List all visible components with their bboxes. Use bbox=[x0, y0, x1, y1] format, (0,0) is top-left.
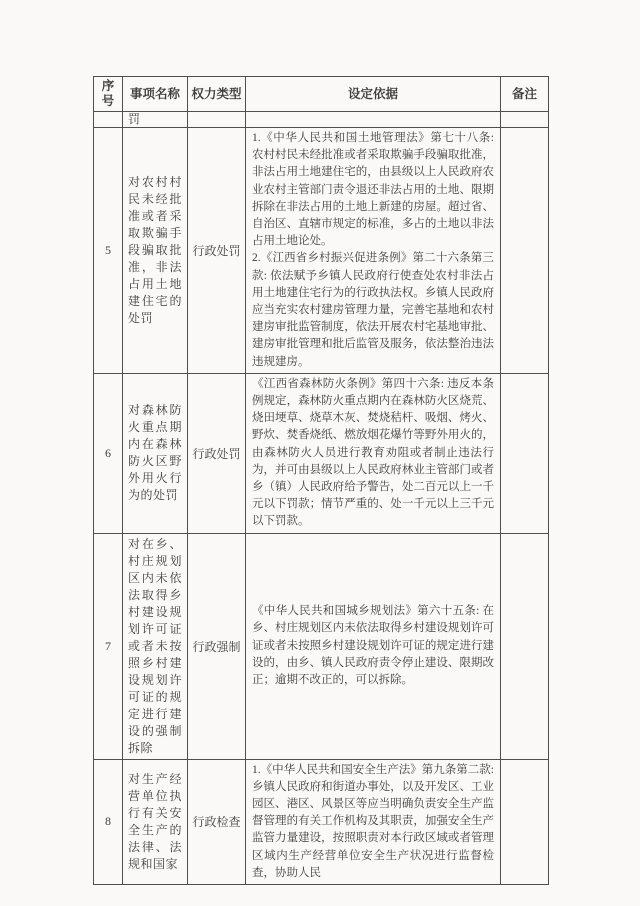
col-header-seq: 序号 bbox=[94, 77, 123, 112]
power-type-cell bbox=[188, 112, 246, 128]
seq-cell: 7 bbox=[94, 533, 123, 759]
remark-cell bbox=[501, 533, 549, 759]
legal-basis-paragraph: 1.《中华人民共和国安全生产法》第九条第二款: 乡镇人民政府和街道办事处，以及开… bbox=[252, 762, 494, 882]
item-name-cell: 对森林防火重点期内在森林防火区野外用火行为的处罚 bbox=[123, 373, 188, 533]
legal-basis-cell: 《中华人民共和国城乡规划法》第六十五条: 在乡、村庄规划区内未依法取得乡村建设规… bbox=[246, 533, 501, 759]
legal-basis-paragraph: 《中华人民共和国城乡规划法》第六十五条: 在乡、村庄规划区内未依法取得乡村建设规… bbox=[252, 603, 494, 689]
item-name-cell: 对在乡、村庄规划区内未依法取得乡村建设规划许可证或者未按照乡村建设规划许可证的规… bbox=[123, 533, 188, 759]
seq-cell: 8 bbox=[94, 759, 123, 884]
seq-cell bbox=[94, 112, 123, 128]
legal-basis-paragraph: 1.《中华人民共和国土地管理法》第七十八条: 农村村民未经批准或者采取欺骗手段骗… bbox=[252, 130, 494, 250]
power-type-cell: 行政处罚 bbox=[188, 373, 246, 533]
legal-basis-paragraph: 《江西省森林防火条例》第四十六条: 违反本条例规定，森林防火重点期内在森林防火区… bbox=[252, 376, 494, 531]
power-type-cell: 行政处罚 bbox=[188, 128, 246, 374]
table-row-8: 8 对生产经营单位执行有关安全生产的法律、法规和国家 行政检查 1.《中华人民共… bbox=[94, 759, 549, 884]
legal-basis-paragraph: 2.《江西省乡村振兴促进条例》第二十六条第三款: 依法赋予乡镇人民政府行使查处农… bbox=[252, 250, 494, 370]
legal-basis-cell: 1.《中华人民共和国土地管理法》第七十八条: 农村村民未经批准或者采取欺骗手段骗… bbox=[246, 128, 501, 374]
legal-basis-cell: 《江西省森林防火条例》第四十六条: 违反本条例规定，森林防火重点期内在森林防火区… bbox=[246, 373, 501, 533]
table-row-6: 6 对森林防火重点期内在森林防火区野外用火行为的处罚 行政处罚 《江西省森林防火… bbox=[94, 373, 549, 533]
remark-cell bbox=[501, 759, 549, 884]
seq-cell: 5 bbox=[94, 128, 123, 374]
item-name-cell: 罚 bbox=[123, 112, 188, 128]
item-name-cell: 对生产经营单位执行有关安全生产的法律、法规和国家 bbox=[123, 759, 188, 884]
authority-items-table: 序号 事项名称 权力类型 设定依据 备注 罚 5 对农村村民未经批准或者采取欺骗… bbox=[93, 76, 549, 885]
legal-basis-cell: 1.《中华人民共和国安全生产法》第九条第二款: 乡镇人民政府和街道办事处，以及开… bbox=[246, 759, 501, 884]
legal-basis-cell bbox=[246, 112, 501, 128]
remark-cell bbox=[501, 112, 549, 128]
table-row-7: 7 对在乡、村庄规划区内未依法取得乡村建设规划许可证或者未按照乡村建设规划许可证… bbox=[94, 533, 549, 759]
document-page: 序号 事项名称 权力类型 设定依据 备注 罚 5 对农村村民未经批准或者采取欺骗… bbox=[0, 0, 640, 906]
seq-cell: 6 bbox=[94, 373, 123, 533]
power-type-cell: 行政强制 bbox=[188, 533, 246, 759]
col-header-remark: 备注 bbox=[501, 77, 549, 112]
table-header-row: 序号 事项名称 权力类型 设定依据 备注 bbox=[94, 77, 549, 112]
col-header-item-name: 事项名称 bbox=[123, 77, 188, 112]
power-type-cell: 行政检查 bbox=[188, 759, 246, 884]
remark-cell bbox=[501, 128, 549, 374]
table-row-5: 5 对农村村民未经批准或者采取欺骗手段骗取批准，非法占用土地建住宅的处罚 行政处… bbox=[94, 128, 549, 374]
col-header-legal-basis: 设定依据 bbox=[246, 77, 501, 112]
item-name-cell: 对农村村民未经批准或者采取欺骗手段骗取批准，非法占用土地建住宅的处罚 bbox=[123, 128, 188, 374]
col-header-power-type: 权力类型 bbox=[188, 77, 246, 112]
continuation-row: 罚 bbox=[94, 112, 549, 128]
remark-cell bbox=[501, 373, 549, 533]
